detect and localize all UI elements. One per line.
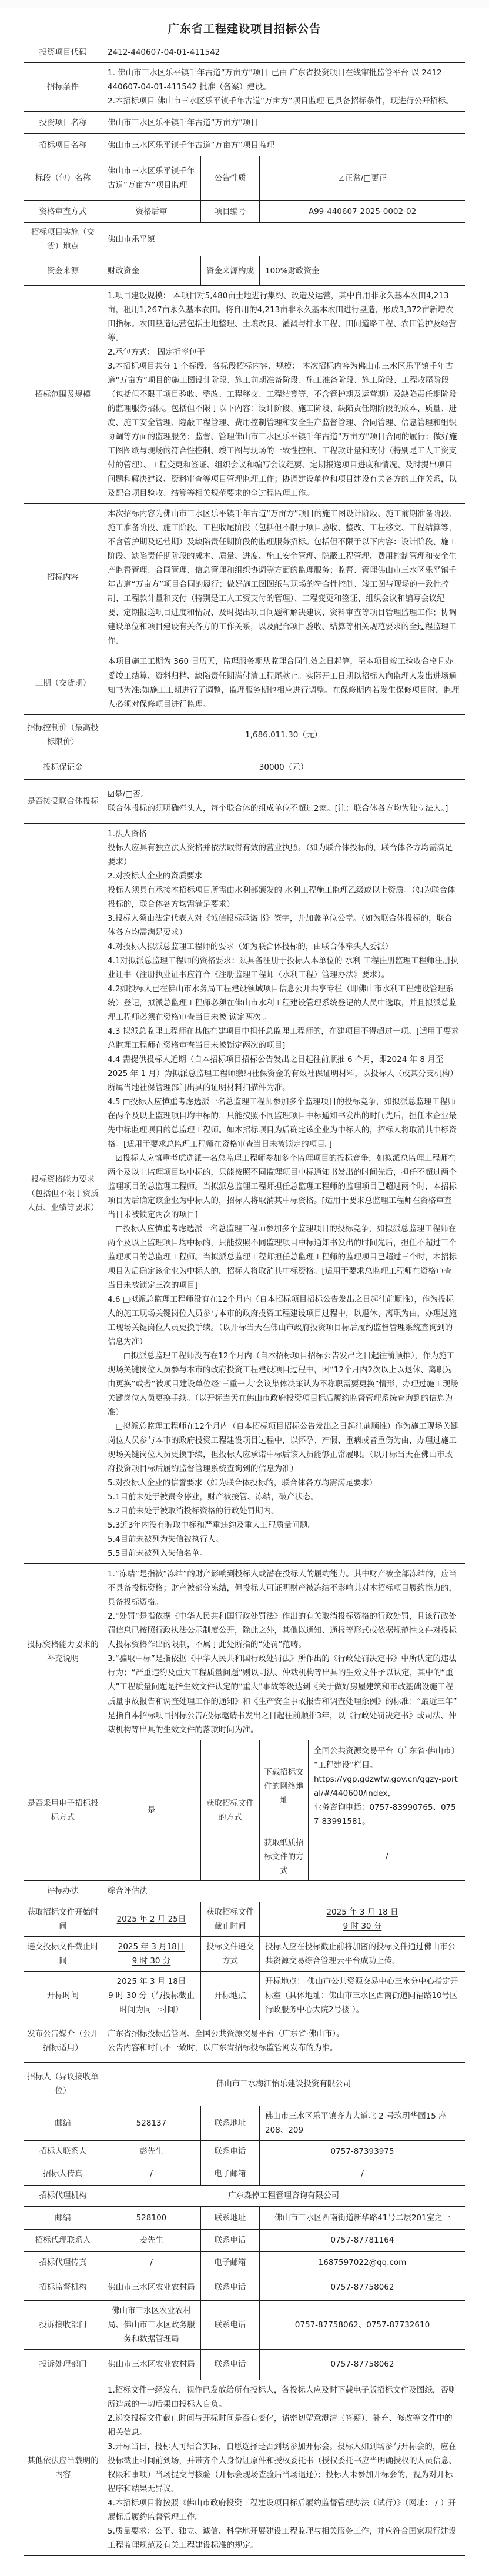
row-tender-content: 招标内容 本次招标内容为佛山市三水区乐平镇千年古道“万亩方”项目的施工图设计阶段… [24, 504, 465, 651]
supervision-agency-label: 招标监督机构 [24, 2274, 102, 2300]
tender-conditions-label: 招标条件 [24, 63, 102, 112]
control-price-label: 招标控制价（最高投标限价） [24, 714, 102, 756]
complaint-handling-label: 投诉处理部门 [24, 2349, 102, 2380]
fund-composition-label: 资金来源构成 [201, 256, 260, 286]
investment-project-name-value: 佛山市三水区乐平镇千年古道“万亩方”项目 [102, 112, 465, 134]
agency-email-label: 电子邮箱 [201, 2251, 260, 2274]
tenderer-postcode-value: 528137 [102, 2106, 201, 2140]
row-construction-period: 工期（交货期） 本项目施工工期为 360 日历天，监理服务期从监理合同生效之日起… [24, 651, 465, 714]
tenderer-contact-value: 彭先生 [102, 2140, 201, 2163]
tenderer-label: 招标人（异议接收单位） [24, 2062, 102, 2106]
tenderer-contact-label: 招标人联系人 [24, 2140, 102, 2163]
agency-fax-label: 招标代理传真 [24, 2251, 102, 2274]
section-package-label: 标段（包）名称 [24, 156, 102, 201]
agency-contact-label: 招标代理联系人 [24, 2229, 102, 2251]
agency-contact-value: 麦先生 [102, 2229, 201, 2251]
obtain-documents-method-label: 获取招标文件的方式 [201, 1740, 260, 1880]
agency-email-value: 1687597022@qq.com [260, 2251, 465, 2274]
tender-project-name-value: 佛山市三水区乐平镇千年古道“万亩方”项目监理 [102, 134, 465, 156]
complaint-receiving-label: 投诉接收部门 [24, 2300, 102, 2349]
investment-project-name-label: 投资项目名称 [24, 112, 102, 134]
row-agency-contact: 招标代理联系人 麦先生 联系电话 0757-87781164 [24, 2229, 465, 2251]
row-agency: 招标代理机构 广东淼倬工程管理咨询有限公司 [24, 2185, 465, 2206]
row-tender-project-name: 招标项目名称 佛山市三水区乐平镇千年古道“万亩方”项目监理 [24, 134, 465, 156]
notice-nature-label: 公告性质 [201, 156, 260, 201]
agency-address-label: 联系地址 [201, 2206, 260, 2229]
bid-opening-place-label: 开标地点 [201, 1971, 260, 2020]
tender-content-text: 本次招标内容为佛山市三水区乐平镇千年古道“万亩方”项目的施工图设计阶段、施工前期… [102, 504, 465, 651]
qualification-supplement-text: 1.“冻结”是指被“冻结”的财产影响到投标人或潜在投标人的履约能力。其中财产被全… [102, 1564, 465, 1740]
qualification-supplement-label: 投标资格能力要求的补充说明 [24, 1564, 102, 1740]
row-bid-bond: 投标保证金 30000（元） [24, 756, 465, 779]
announcement-table: 投资项目代码 2412-440607-04-01-411542 招标条件 1. … [24, 42, 465, 2556]
row-control-price: 招标控制价（最高投标限价） 1,686,011.30（元） [24, 714, 465, 756]
supervision-agency-value: 佛山市三水区农业农村局 [102, 2274, 201, 2300]
notice-nature-checkbox-value: ☑正常/□更正 [260, 156, 465, 201]
scope-and-scale-label: 招标范围及规模 [24, 286, 102, 504]
electronic-bidding-value: 是 [102, 1740, 201, 1880]
row-section-package: 标段（包）名称 佛山市三水区乐平镇千年古道“万亩方”项目监理 公告性质 ☑正常/… [24, 156, 465, 201]
construction-period-text: 本项目施工工期为 360 日历天，监理服务期从监理合同生效之日起算，至本项目竣工… [102, 651, 465, 714]
row-supervision-agency: 招标监督机构 佛山市三水区农业农村局 联系电话 0757-87758062 [24, 2274, 465, 2300]
complaint-handling-phone-value: 0757-87758062 [260, 2349, 465, 2380]
consortium-bidding-text: ☑是/□否。 联合体投标的须明确牵头人，每个联合体的组成单位不超过2家。[注：联… [102, 779, 465, 823]
project-code-value: 2412-440607-04-01-411542 [102, 42, 465, 63]
complaint-handling-phone-label: 联系电话 [201, 2349, 260, 2380]
paper-documents-label: 获取纸质招标文件的方式 [260, 1833, 309, 1880]
evaluation-method-label: 评标办法 [24, 1880, 102, 1902]
submission-method-value: 投标人应在投标截止前将加密的投标文件通过佛山市公共资源交易综合管理云平台成功上传… [260, 1936, 465, 1971]
row-submission-deadline: 递交投标文件截止时间 2025 年 3 月18日 9 时 30 分 投标文件递交… [24, 1936, 465, 1971]
download-address-label: 下载招标文件的网络地址 [260, 1740, 309, 1833]
bid-opening-time-value: 2025 年 3 月 18日 9 时 30 分（与投标截止时间为同一时间） [102, 1971, 201, 2020]
row-qualification-supplement: 投标资格能力要求的补充说明 1.“冻结”是指被“冻结”的财产影响到投标人或潜在投… [24, 1564, 465, 1740]
electronic-bidding-label: 是否采用电子招标投标方式 [24, 1740, 102, 1880]
paper-documents-value: / [309, 1833, 465, 1880]
obtain-start-time-label: 获取招标文件开始时间 [24, 1902, 102, 1936]
agency-phone-value: 0757-87781164 [260, 2229, 465, 2251]
row-obtain-time: 获取招标文件开始时间 2025 年 2 月 25日 获取招标文件截止时间 202… [24, 1902, 465, 1936]
tenderer-name: 佛山市三水海江怡乐建设投资有限公司 [102, 2062, 465, 2106]
complaint-receiving-phone-value: 0757-87758062、0757-87732610 [260, 2300, 465, 2349]
download-address-text: 全国公共资源交易平台（广东省·佛山市）“工程建设”栏目。 https://ygp… [309, 1740, 465, 1833]
qualification-review-value: 资格后审 [102, 201, 201, 223]
submission-deadline-label: 递交投标文件截止时间 [24, 1936, 102, 1971]
tenderer-phone-value: 0757-87393975 [260, 2140, 465, 2163]
project-number-label: 项目编号 [201, 201, 260, 223]
submission-deadline-value: 2025 年 3 月18日 9 时 30 分 [102, 1936, 201, 1971]
obtain-start-time-value: 2025 年 2 月 25日 [102, 1902, 201, 1936]
evaluation-method-value: 综合评估法 [102, 1880, 465, 1902]
page-top-strip [0, 0, 489, 8]
row-qualification-requirements: 投标资格能力要求（包括但不限于资质人员、业绩等要求） 1.法人资格 投标人应具有… [24, 823, 465, 1564]
agency-address-value: 佛山市三水区西南街道新华路41号二层201室之一 [260, 2206, 465, 2229]
row-electronic-bidding: 是否采用电子招标投标方式 是 获取招标文件的方式 下载招标文件的网络地址 全国公… [24, 1740, 465, 1833]
bid-opening-time-label: 开标时间 [24, 1971, 102, 2020]
row-qualification-review: 资格审查方式 资格后审 项目编号 A99-440607-2025-0002-02 [24, 201, 465, 223]
tender-conditions-text: 1. 佛山市三水区乐平镇千年古道“万亩方”项目 已由 广东省投资项目在线审批监管… [102, 63, 465, 112]
row-agency-fax: 招标代理传真 / 电子邮箱 1687597022@qq.com [24, 2251, 465, 2274]
row-investment-project-name: 投资项目名称 佛山市三水区乐平镇千年古道“万亩方”项目 [24, 112, 465, 134]
project-code-label: 投资项目代码 [24, 42, 102, 63]
tenderer-postcode-label: 邮编 [24, 2106, 102, 2140]
fund-source-label: 资金来源 [24, 256, 102, 286]
project-number-value: A99-440607-2025-0002-02 [260, 201, 465, 223]
row-tenderer-contact: 招标人联系人 彭先生 联系电话 0757-87393975 [24, 2140, 465, 2163]
implementation-place-label: 招标项目实施（交货）地点 [24, 223, 102, 256]
scope-and-scale-text: 1.项目建设规模： 本项目对5,480亩土地进行集约、改造及运营，其中自用非永久… [102, 286, 465, 504]
row-project-code: 投资项目代码 2412-440607-04-01-411542 [24, 42, 465, 63]
row-announcement-media: 发布公告媒介（公开招标适用） 广东省招标投标监管网、全国公共资源交易平台（广东省… [24, 2020, 465, 2062]
agency-name: 广东淼倬工程管理咨询有限公司 [102, 2185, 465, 2206]
row-scope-and-scale: 招标范围及规模 1.项目建设规模： 本项目对5,480亩土地进行集约、改造及运营… [24, 286, 465, 504]
construction-period-label: 工期（交货期） [24, 651, 102, 714]
agency-postcode-label: 邮编 [24, 2206, 102, 2229]
qualification-review-label: 资格审查方式 [24, 201, 102, 223]
tenderer-email-label: 电子邮箱 [201, 2163, 260, 2185]
qualification-requirements-text: 1.法人资格 投标人应具有独立法人资格并依法取得有效的营业执照。（如为联合体投标… [102, 823, 465, 1564]
announcement-document: 广东省工程建设项目招标公告 投资项目代码 2412-440607-04-01-4… [12, 20, 477, 2576]
agency-fax-value: / [102, 2251, 201, 2274]
row-agency-postcode: 邮编 528100 联系地址 佛山市三水区西南街道新华路41号二层201室之一 [24, 2206, 465, 2229]
row-consortium-bidding: 是否接受联合体投标 ☑是/□否。 联合体投标的须明确牵头人，每个联合体的组成单位… [24, 779, 465, 823]
tender-content-label: 招标内容 [24, 504, 102, 651]
row-fund-source: 资金来源 财政资金 资金来源构成 100%财政资金 [24, 256, 465, 286]
supervision-phone-label: 联系电话 [201, 2274, 260, 2300]
fund-composition-value: 100%财政资金 [260, 256, 465, 286]
announcement-media-label: 发布公告媒介（公开招标适用） [24, 2020, 102, 2062]
consortium-bidding-label: 是否接受联合体投标 [24, 779, 102, 823]
row-complaint-receiving: 投诉接收部门 佛山市三水区农业农村局、佛山市三水区政务服务和数据管理局 联系电话… [24, 2300, 465, 2349]
tenderer-phone-label: 联系电话 [201, 2140, 260, 2163]
agency-phone-label: 联系电话 [201, 2229, 260, 2251]
row-tenderer-postcode: 邮编 528137 联系地址 佛山市三水区乐平镇齐力大道北 2 号玖玥华园15 … [24, 2106, 465, 2140]
row-bid-opening: 开标时间 2025 年 3 月 18日 9 时 30 分（与投标截止时间为同一时… [24, 1971, 465, 2020]
row-other-contents: 其他依法应当载明的内容 1.招标文件一经发布，视作已发放给所有投标人，各投标人应… [24, 2380, 465, 2555]
page-title: 广东省工程建设项目招标公告 [12, 20, 477, 36]
tenderer-email-value: / [260, 2163, 465, 2185]
obtain-end-time-value: 2025 年 3 月 18 日 9 时 30 分 [260, 1902, 465, 1936]
bid-bond-value: 30000（元） [102, 756, 465, 779]
obtain-end-time-label: 获取招标文件截止时间 [201, 1902, 260, 1936]
control-price-value: 1,686,011.30（元） [102, 714, 465, 756]
tenderer-fax-label: 招标人传真 [24, 2163, 102, 2185]
agency-label: 招标代理机构 [24, 2185, 102, 2206]
bid-bond-label: 投标保证金 [24, 756, 102, 779]
section-package-value: 佛山市三水区乐平镇千年古道“万亩方”项目监理 [102, 156, 201, 201]
other-contents-text: 1.招标文件一经发布，视作已发放给所有投标人，各投标人应及时下载电子版招标文件及… [102, 2380, 465, 2555]
tenderer-fax-value: / [102, 2163, 201, 2185]
tenderer-address-value: 佛山市三水区乐平镇齐力大道北 2 号玖玥华园15 座 208、209 [260, 2106, 465, 2140]
supervision-phone-value: 0757-87758062 [260, 2274, 465, 2300]
submission-method-label: 投标文件递交方式 [201, 1936, 260, 1971]
other-contents-label: 其他依法应当载明的内容 [24, 2380, 102, 2555]
bid-opening-place-value: 开标地点： 佛山市公共资源交易中心三水分中心指定开标室（具体地址：佛山市三水区西… [260, 1971, 465, 2020]
complaint-receiving-phone-label: 联系电话 [201, 2300, 260, 2349]
agency-postcode-value: 528100 [102, 2206, 201, 2229]
announcement-media-text: 广东省招标投标监管网、全国公共资源交易平台（广东省·佛山市）。 公告内容和时间不… [102, 2020, 465, 2062]
row-evaluation-method: 评标办法 综合评估法 [24, 1880, 465, 1902]
row-tenderer-fax: 招标人传真 / 电子邮箱 / [24, 2163, 465, 2185]
row-tenderer: 招标人（异议接收单位） 佛山市三水海江怡乐建设投资有限公司 [24, 2062, 465, 2106]
row-complaint-handling: 投诉处理部门 佛山市三水区农业农村局 联系电话 0757-87758062 [24, 2349, 465, 2380]
row-tender-conditions: 招标条件 1. 佛山市三水区乐平镇千年古道“万亩方”项目 已由 广东省投资项目在… [24, 63, 465, 112]
row-implementation-place: 招标项目实施（交货）地点 佛山市乐平镇 [24, 223, 465, 256]
complaint-handling-value: 佛山市三水区农业农村局 [102, 2349, 201, 2380]
qualification-requirements-label: 投标资格能力要求（包括但不限于资质人员、业绩等要求） [24, 823, 102, 1564]
fund-source-value: 财政资金 [102, 256, 201, 286]
complaint-receiving-value: 佛山市三水区农业农村局、佛山市三水区政务服务和数据管理局 [102, 2300, 201, 2349]
implementation-place-value: 佛山市乐平镇 [102, 223, 465, 256]
tender-project-name-label: 招标项目名称 [24, 134, 102, 156]
tenderer-address-label: 联系地址 [201, 2106, 260, 2140]
